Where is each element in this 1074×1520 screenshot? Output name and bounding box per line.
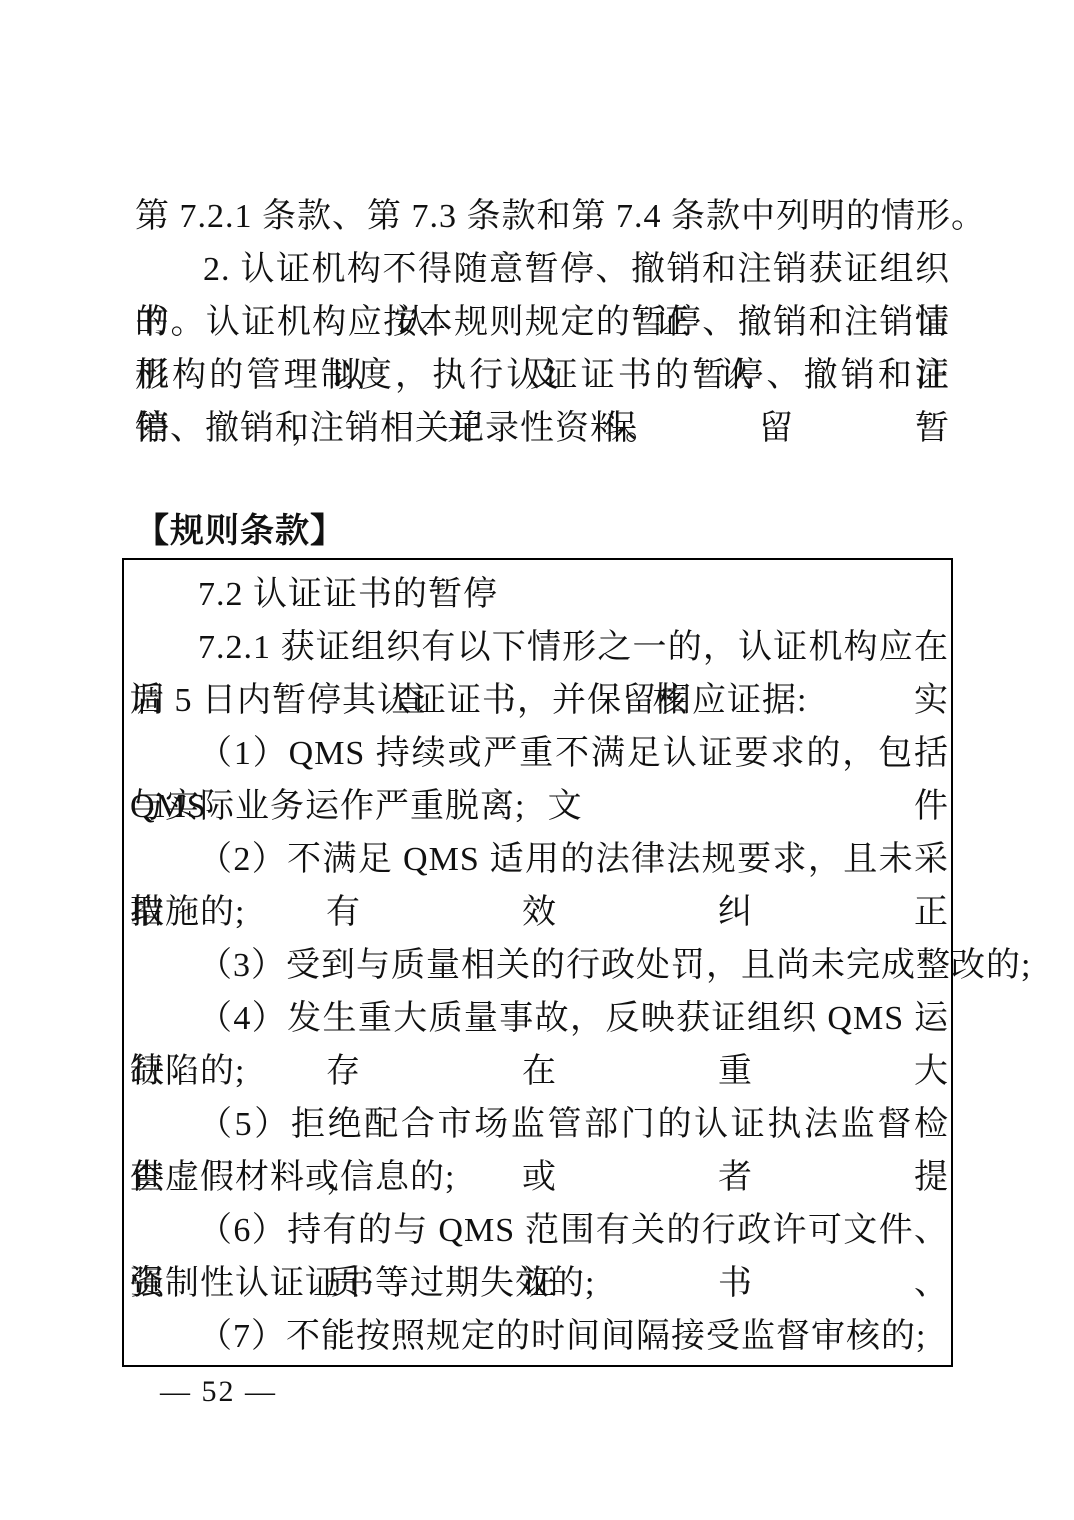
text-line: 第 7.2.1 条款、第 7.3 条款和第 7.4 条款中列明的情形。 bbox=[135, 190, 950, 243]
text-line: 2. 认证机构不得随意暂停、撤销和注销获证组织的认证证 bbox=[135, 243, 950, 296]
rule-line: 7.2 认证证书的暂停 bbox=[130, 568, 949, 621]
intro-paragraphs: 第 7.2.1 条款、第 7.3 条款和第 7.4 条款中列明的情形。 2. 认… bbox=[135, 190, 950, 455]
rule-line: （1）QMS 持续或严重不满足认证要求的，包括 QMS 文件 bbox=[130, 727, 949, 780]
rule-line: （6）持有的与 QMS 范围有关的行政许可文件、资质证书、 bbox=[130, 1204, 949, 1257]
section-heading: 【规则条款】 bbox=[135, 505, 950, 558]
rule-line: （4）发生重大质量事故，反映获证组织 QMS 运行存在重大 bbox=[130, 992, 949, 1045]
page-content: 第 7.2.1 条款、第 7.3 条款和第 7.4 条款中列明的情形。 2. 认… bbox=[135, 190, 950, 1411]
text-line: 机构的管理制度，执行认证证书的暂停、撤销和注销，并保留暂 bbox=[135, 349, 950, 402]
page-number: — 52 — bbox=[135, 1373, 950, 1411]
rule-line: （5）拒绝配合市场监管部门的认证执法监督检查，或者提 bbox=[130, 1098, 949, 1151]
rule-line: （2）不满足 QMS 适用的法律法规要求，且未采取有效纠正 bbox=[130, 833, 949, 886]
rule-line: （3）受到与质量相关的行政处罚，且尚未完成整改的; bbox=[130, 939, 949, 992]
document-page: 第 7.2.1 条款、第 7.3 条款和第 7.4 条款中列明的情形。 2. 认… bbox=[0, 0, 1074, 1520]
rule-box: 7.2 认证证书的暂停 7.2.1 获证组织有以下情形之一的，认证机构应在调查核… bbox=[122, 558, 953, 1367]
rule-line: （7）不能按照规定的时间间隔接受监督审核的; bbox=[130, 1310, 949, 1363]
rule-line: 7.2.1 获证组织有以下情形之一的，认证机构应在调查核实 bbox=[130, 621, 949, 674]
text-line: 书。认证机构应按本规则规定的暂停、撤销和注销情形以及认证 bbox=[135, 296, 950, 349]
